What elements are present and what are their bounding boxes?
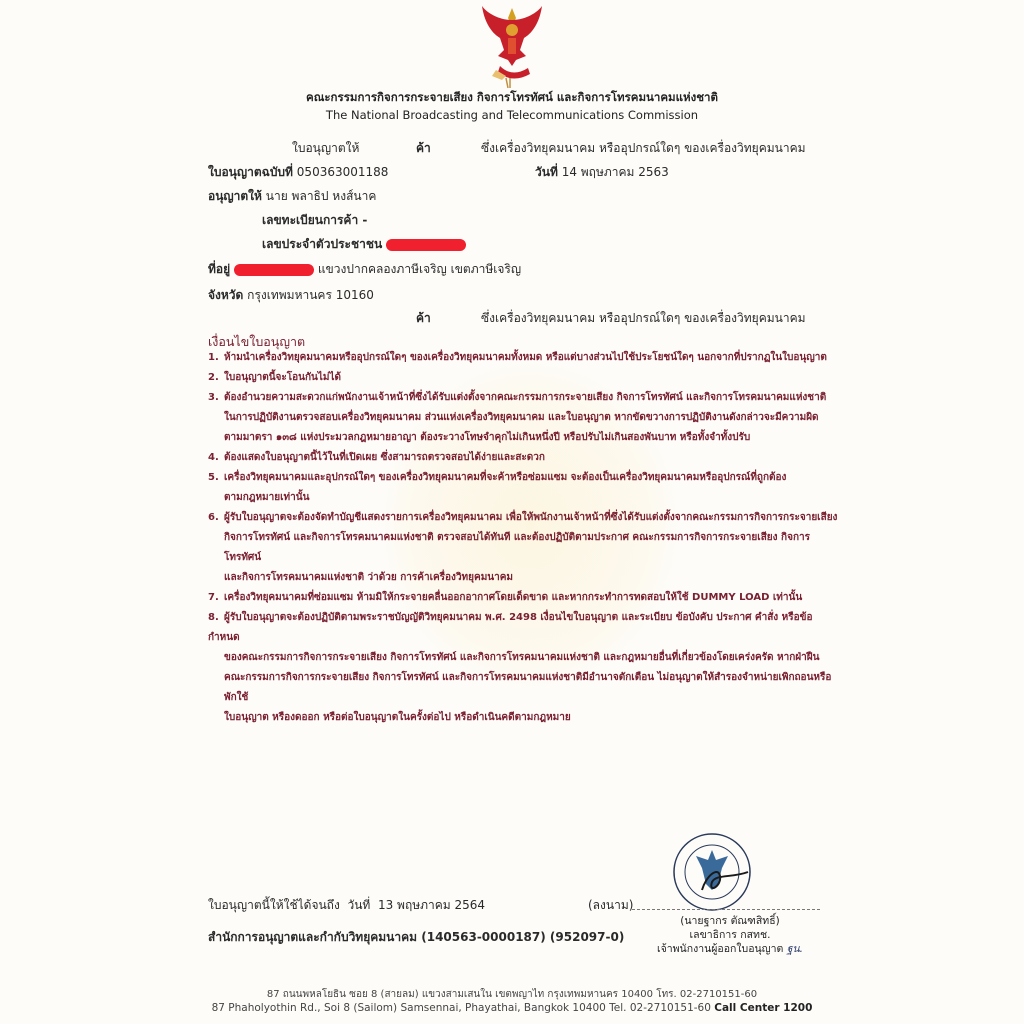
condition-number: 4. — [208, 448, 224, 468]
address-label: ที่อยู่ — [208, 262, 230, 276]
license-type-value: ค้า — [416, 139, 431, 158]
footer-address-en: 87 Phaholyothin Rd., Soi 8 (Sailom) Sams… — [212, 1002, 711, 1014]
signer-role-text: เจ้าพนักงานผู้ออกใบอนุญาต — [657, 943, 783, 955]
signature-line — [632, 909, 820, 910]
condition-line: 4.ต้องแสดงใบอนุญาตนี้ไว้ในที่เปิดเผย ซึ่… — [208, 448, 838, 468]
condition-continuation: ใบอนุญาต หรืองดออก หรือต่อใบอนุญาตในครั้… — [208, 708, 838, 728]
license-date-value: 14 พฤษภาคม 2563 — [562, 165, 669, 179]
address-value: แขวงปากคลองภาษีเจริญ เขตภาษีเจริญ — [318, 262, 521, 276]
signer-role: เจ้าพนักงานผู้ออกใบอนุญาต ฐน. — [640, 940, 820, 957]
condition-text: เครื่องวิทยุคมนาคมที่ซ่อมแซม ห้ามมิให้กร… — [224, 592, 802, 603]
condition-number: 7. — [208, 588, 224, 608]
validity-date-label: วันที่ — [347, 898, 370, 912]
condition-text: เครื่องวิทยุคมนาคมและอุปกรณ์ใดๆ ของเครื่… — [224, 472, 786, 483]
citizen-id-label: เลขประจำตัวประชาชน — [262, 237, 382, 251]
condition-item: 1.ห้ามนำเครื่องวิทยุคมนาคมหรืออุปกรณ์ใดๆ… — [208, 348, 838, 368]
condition-item: 8.ผู้รับใบอนุญาตจะต้องปฏิบัติตามพระราชบั… — [208, 608, 838, 728]
condition-number: 1. — [208, 348, 224, 368]
condition-continuation: ตามกฎหมายเท่านั้น — [208, 488, 838, 508]
validity: ใบอนุญาตนี้ให้ใช้ได้จนถึง วันที่ 13 พฤษภ… — [208, 896, 485, 915]
condition-item: 4.ต้องแสดงใบอนุญาตนี้ไว้ในที่เปิดเผย ซึ่… — [208, 448, 838, 468]
condition-text: ผู้รับใบอนุญาตจะต้องจัดทำบัญชีแสดงรายการ… — [224, 512, 837, 523]
condition-text: ห้ามนำเครื่องวิทยุคมนาคมหรืออุปกรณ์ใดๆ ข… — [224, 352, 827, 363]
condition-line: 1.ห้ามนำเครื่องวิทยุคมนาคมหรืออุปกรณ์ใดๆ… — [208, 348, 838, 368]
province: จังหวัด กรุงเทพมหานคร 10160 — [208, 286, 374, 305]
grantee-value: นาย พลาธิป หงส์นาค — [266, 189, 377, 203]
citizen-id: เลขประจำตัวประชาชน — [262, 235, 466, 254]
condition-text: ต้องอำนวยความสะดวกแก่พนักงานเจ้าหน้าที่ซ… — [224, 392, 826, 403]
condition-continuation: และกิจการโทรคมนาคมแห่งชาติ ว่าด้วย การค้… — [208, 568, 838, 588]
license-type-desc: ซึ่งเครื่องวิทยุคมนาคม หรืออุปกรณ์ใดๆ ขอ… — [481, 139, 806, 158]
license-number-label: ใบอนุญาตฉบับที่ — [208, 165, 293, 179]
org-name-english: The National Broadcasting and Telecommun… — [0, 108, 1024, 122]
address-redaction — [234, 264, 314, 276]
sign-label: (ลงนาม) — [588, 896, 633, 915]
garuda-emblem-icon — [478, 4, 546, 90]
call-center: Call Center 1200 — [714, 1002, 812, 1014]
condition-line: 5.เครื่องวิทยุคมนาคมและอุปกรณ์ใดๆ ของเคร… — [208, 468, 838, 488]
condition-continuation: ในการปฏิบัติงานตรวจสอบเครื่องวิทยุคมนาคม… — [208, 408, 838, 428]
trade-registration: เลขทะเบียนการค้า - — [262, 211, 367, 230]
activity-value: ค้า — [416, 309, 431, 328]
condition-continuation: ตามมาตรา ๑๓๘ แห่งประมวลกฎหมายอาญา ต้องระ… — [208, 428, 838, 448]
license-number-value: 050363001188 — [297, 165, 389, 179]
trade-reg-label: เลขทะเบียนการค้า — [262, 213, 358, 227]
trade-reg-value: - — [362, 213, 367, 227]
condition-text: ผู้รับใบอนุญาตจะต้องปฏิบัติตามพระราชบัญญ… — [208, 612, 812, 643]
citizen-id-redaction — [386, 239, 466, 251]
condition-line: 6.ผู้รับใบอนุญาตจะต้องจัดทำบัญชีแสดงรายก… — [208, 508, 838, 528]
address: ที่อยู่ แขวงปากคลองภาษีเจริญ เขตภาษีเจริ… — [208, 260, 521, 279]
condition-line: 7.เครื่องวิทยุคมนาคมที่ซ่อมแซม ห้ามมิให้… — [208, 588, 838, 608]
footer-address-thai: 87 ถนนพหลโยธิน ซอย 8 (สายลม) แขวงสามเสนใ… — [0, 987, 1024, 1002]
official-seal-icon — [672, 832, 752, 912]
condition-line: 8.ผู้รับใบอนุญาตจะต้องปฏิบัติตามพระราชบั… — [208, 608, 838, 648]
footer-address-english: 87 Phaholyothin Rd., Soi 8 (Sailom) Sams… — [0, 1002, 1024, 1014]
condition-item: 7.เครื่องวิทยุคมนาคมที่ซ่อมแซม ห้ามมิให้… — [208, 588, 838, 608]
grantee-label: อนุญาตให้ — [208, 189, 262, 203]
issuing-office: สำนักการอนุญาตและกำกับวิทยุคมนาคม (14056… — [208, 928, 624, 947]
condition-item: 2.ใบอนุญาตนี้จะโอนกันไม่ได้ — [208, 368, 838, 388]
license-type-label: ใบอนุญาตให้ — [292, 139, 359, 158]
province-label: จังหวัด — [208, 288, 243, 302]
condition-number: 2. — [208, 368, 224, 388]
condition-item: 6.ผู้รับใบอนุญาตจะต้องจัดทำบัญชีแสดงรายก… — [208, 508, 838, 588]
condition-number: 3. — [208, 388, 224, 408]
conditions-list: 1.ห้ามนำเครื่องวิทยุคมนาคมหรืออุปกรณ์ใดๆ… — [208, 348, 838, 728]
license-date: วันที่ 14 พฤษภาคม 2563 — [535, 163, 669, 182]
initials: ฐน. — [787, 943, 803, 955]
license-number: ใบอนุญาตฉบับที่ 050363001188 — [208, 163, 388, 182]
condition-item: 5.เครื่องวิทยุคมนาคมและอุปกรณ์ใดๆ ของเคร… — [208, 468, 838, 508]
license-date-label: วันที่ — [535, 165, 558, 179]
condition-number: 5. — [208, 468, 224, 488]
condition-item: 3.ต้องอำนวยความสะดวกแก่พนักงานเจ้าหน้าที… — [208, 388, 838, 448]
province-value: กรุงเทพมหานคร 10160 — [247, 288, 374, 302]
validity-label: ใบอนุญาตนี้ให้ใช้ได้จนถึง — [208, 898, 340, 912]
activity-desc: ซึ่งเครื่องวิทยุคมนาคม หรืออุปกรณ์ใดๆ ขอ… — [481, 309, 806, 328]
org-name-thai: คณะกรรมการกิจการกระจายเสียง กิจการโทรทัศ… — [0, 89, 1024, 107]
condition-number: 6. — [208, 508, 224, 528]
condition-text: ต้องแสดงใบอนุญาตนี้ไว้ในที่เปิดเผย ซึ่งส… — [224, 452, 545, 463]
condition-line: 2.ใบอนุญาตนี้จะโอนกันไม่ได้ — [208, 368, 838, 388]
condition-line: 3.ต้องอำนวยความสะดวกแก่พนักงานเจ้าหน้าที… — [208, 388, 838, 408]
condition-number: 8. — [208, 608, 224, 628]
grantee: อนุญาตให้ นาย พลาธิป หงส์นาค — [208, 187, 376, 206]
condition-continuation: ของคณะกรรมการกิจการกระจายเสียง กิจการโทร… — [208, 648, 838, 668]
validity-date-value: 13 พฤษภาคม 2564 — [378, 898, 485, 912]
condition-continuation: คณะกรรมการกิจการกระจายเสียง กิจการโทรทัศ… — [208, 668, 838, 708]
condition-text: ใบอนุญาตนี้จะโอนกันไม่ได้ — [224, 372, 341, 383]
condition-continuation: กิจการโทรทัศน์ และกิจการโทรคมนาคมแห่งชาต… — [208, 528, 838, 568]
